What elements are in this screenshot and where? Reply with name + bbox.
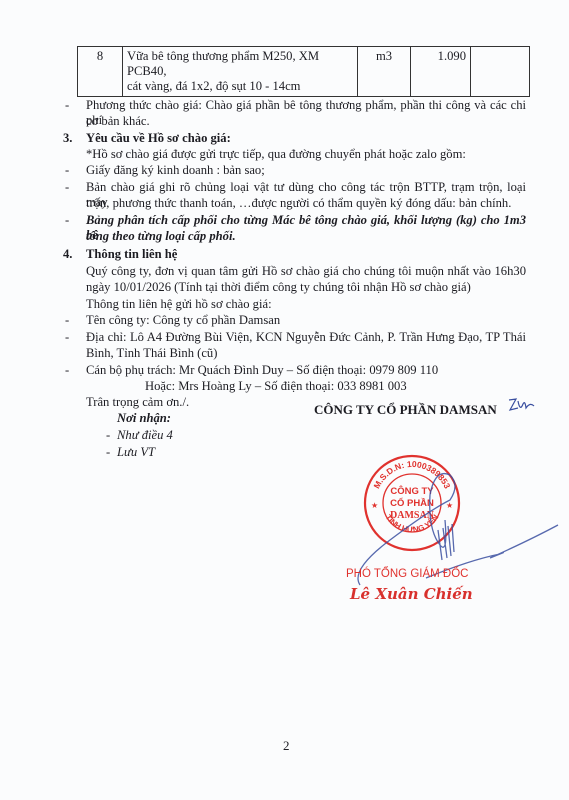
material-name: Vữa bê tông thương phẩm M250, XM PCB40, …: [123, 47, 358, 97]
address-line2: Bình, Tỉnh Thái Bình (cũ): [86, 346, 217, 361]
material-name-line2: cát vàng, đá 1x2, độ sụt 10 - 14cm: [127, 79, 353, 94]
bullet-dash: -: [65, 98, 69, 113]
contact-intro: Thông tin liên hệ gửi hồ sơ chào giá:: [86, 297, 272, 312]
signer-name: Lê Xuân Chiến: [350, 585, 473, 603]
note-cell: [471, 47, 530, 97]
document-page: 8 Vữa bê tông thương phẩm M250, XM PCB40…: [0, 0, 569, 800]
section4-number: 4.: [63, 247, 72, 262]
bullet-dash: -: [106, 445, 110, 460]
position-title: PHÓ TỔNG GIÁM ĐỐC: [346, 568, 468, 580]
contact-person-line1: Cán bộ phụ trách: Mr Quách Đình Duy – Số…: [86, 363, 438, 378]
method-line1: Phương thức chào giá: Chào giá phần bê t…: [86, 98, 526, 128]
page-number: 2: [283, 738, 290, 754]
row-number: 8: [78, 47, 123, 97]
bullet-dash: -: [65, 363, 69, 378]
bullet-dash: -: [65, 213, 69, 228]
closing-text: Trân trọng cảm ơn./.: [86, 395, 189, 410]
company-signature-heading: CÔNG TY CỔ PHẦN DAMSAN: [314, 402, 497, 418]
quantity-cell: 1.090: [411, 47, 471, 97]
mix-analysis-line2: tông theo từng loại cấp phối.: [86, 229, 236, 244]
contact-person-line2: Hoặc: Mrs Hoàng Ly – Số điện thoại: 033 …: [145, 379, 407, 394]
recipient-item: Như điều 4: [117, 428, 173, 443]
address-line1: Địa chỉ: Lô A4 Đường Bùi Viện, KCN Nguyễ…: [86, 330, 526, 345]
business-license-item: Giấy đăng ký kinh doanh : bản sao;: [86, 163, 265, 178]
table-row: 8 Vữa bê tông thương phẩm M250, XM PCB40…: [78, 47, 530, 97]
unit-cell: m3: [358, 47, 411, 97]
bullet-dash: -: [65, 180, 69, 195]
recipient-item: Lưu VT: [117, 445, 155, 460]
recipients-title: Nơi nhận:: [117, 411, 171, 426]
section3-number: 3.: [63, 131, 72, 146]
initial-signature-icon: [506, 396, 536, 416]
deadline-line1: Quý công ty, đơn vị quan tâm gửi Hồ sơ c…: [86, 264, 526, 279]
quote-item-line2: trộn, phương thức thanh toán, …được ngườ…: [86, 196, 511, 211]
section4-title: Thông tin liên hệ: [86, 247, 177, 262]
bullet-dash: -: [65, 313, 69, 328]
section3-intro: *Hồ sơ chào giá được gửi trực tiếp, qua …: [86, 147, 466, 162]
bullet-dash: -: [106, 428, 110, 443]
materials-table: 8 Vữa bê tông thương phẩm M250, XM PCB40…: [77, 46, 530, 97]
method-line2: cơ bản khác.: [86, 114, 150, 129]
deadline-line2: ngày 10/01/2026 (Tính tại thời điểm công…: [86, 280, 471, 295]
material-name-line1: Vữa bê tông thương phẩm M250, XM PCB40,: [127, 49, 353, 79]
bullet-dash: -: [65, 163, 69, 178]
section3-title: Yêu cầu về Hồ sơ chào giá:: [86, 131, 231, 146]
company-name-item: Tên công ty: Công ty cổ phần Damsan: [86, 313, 280, 328]
bullet-dash: -: [65, 330, 69, 345]
